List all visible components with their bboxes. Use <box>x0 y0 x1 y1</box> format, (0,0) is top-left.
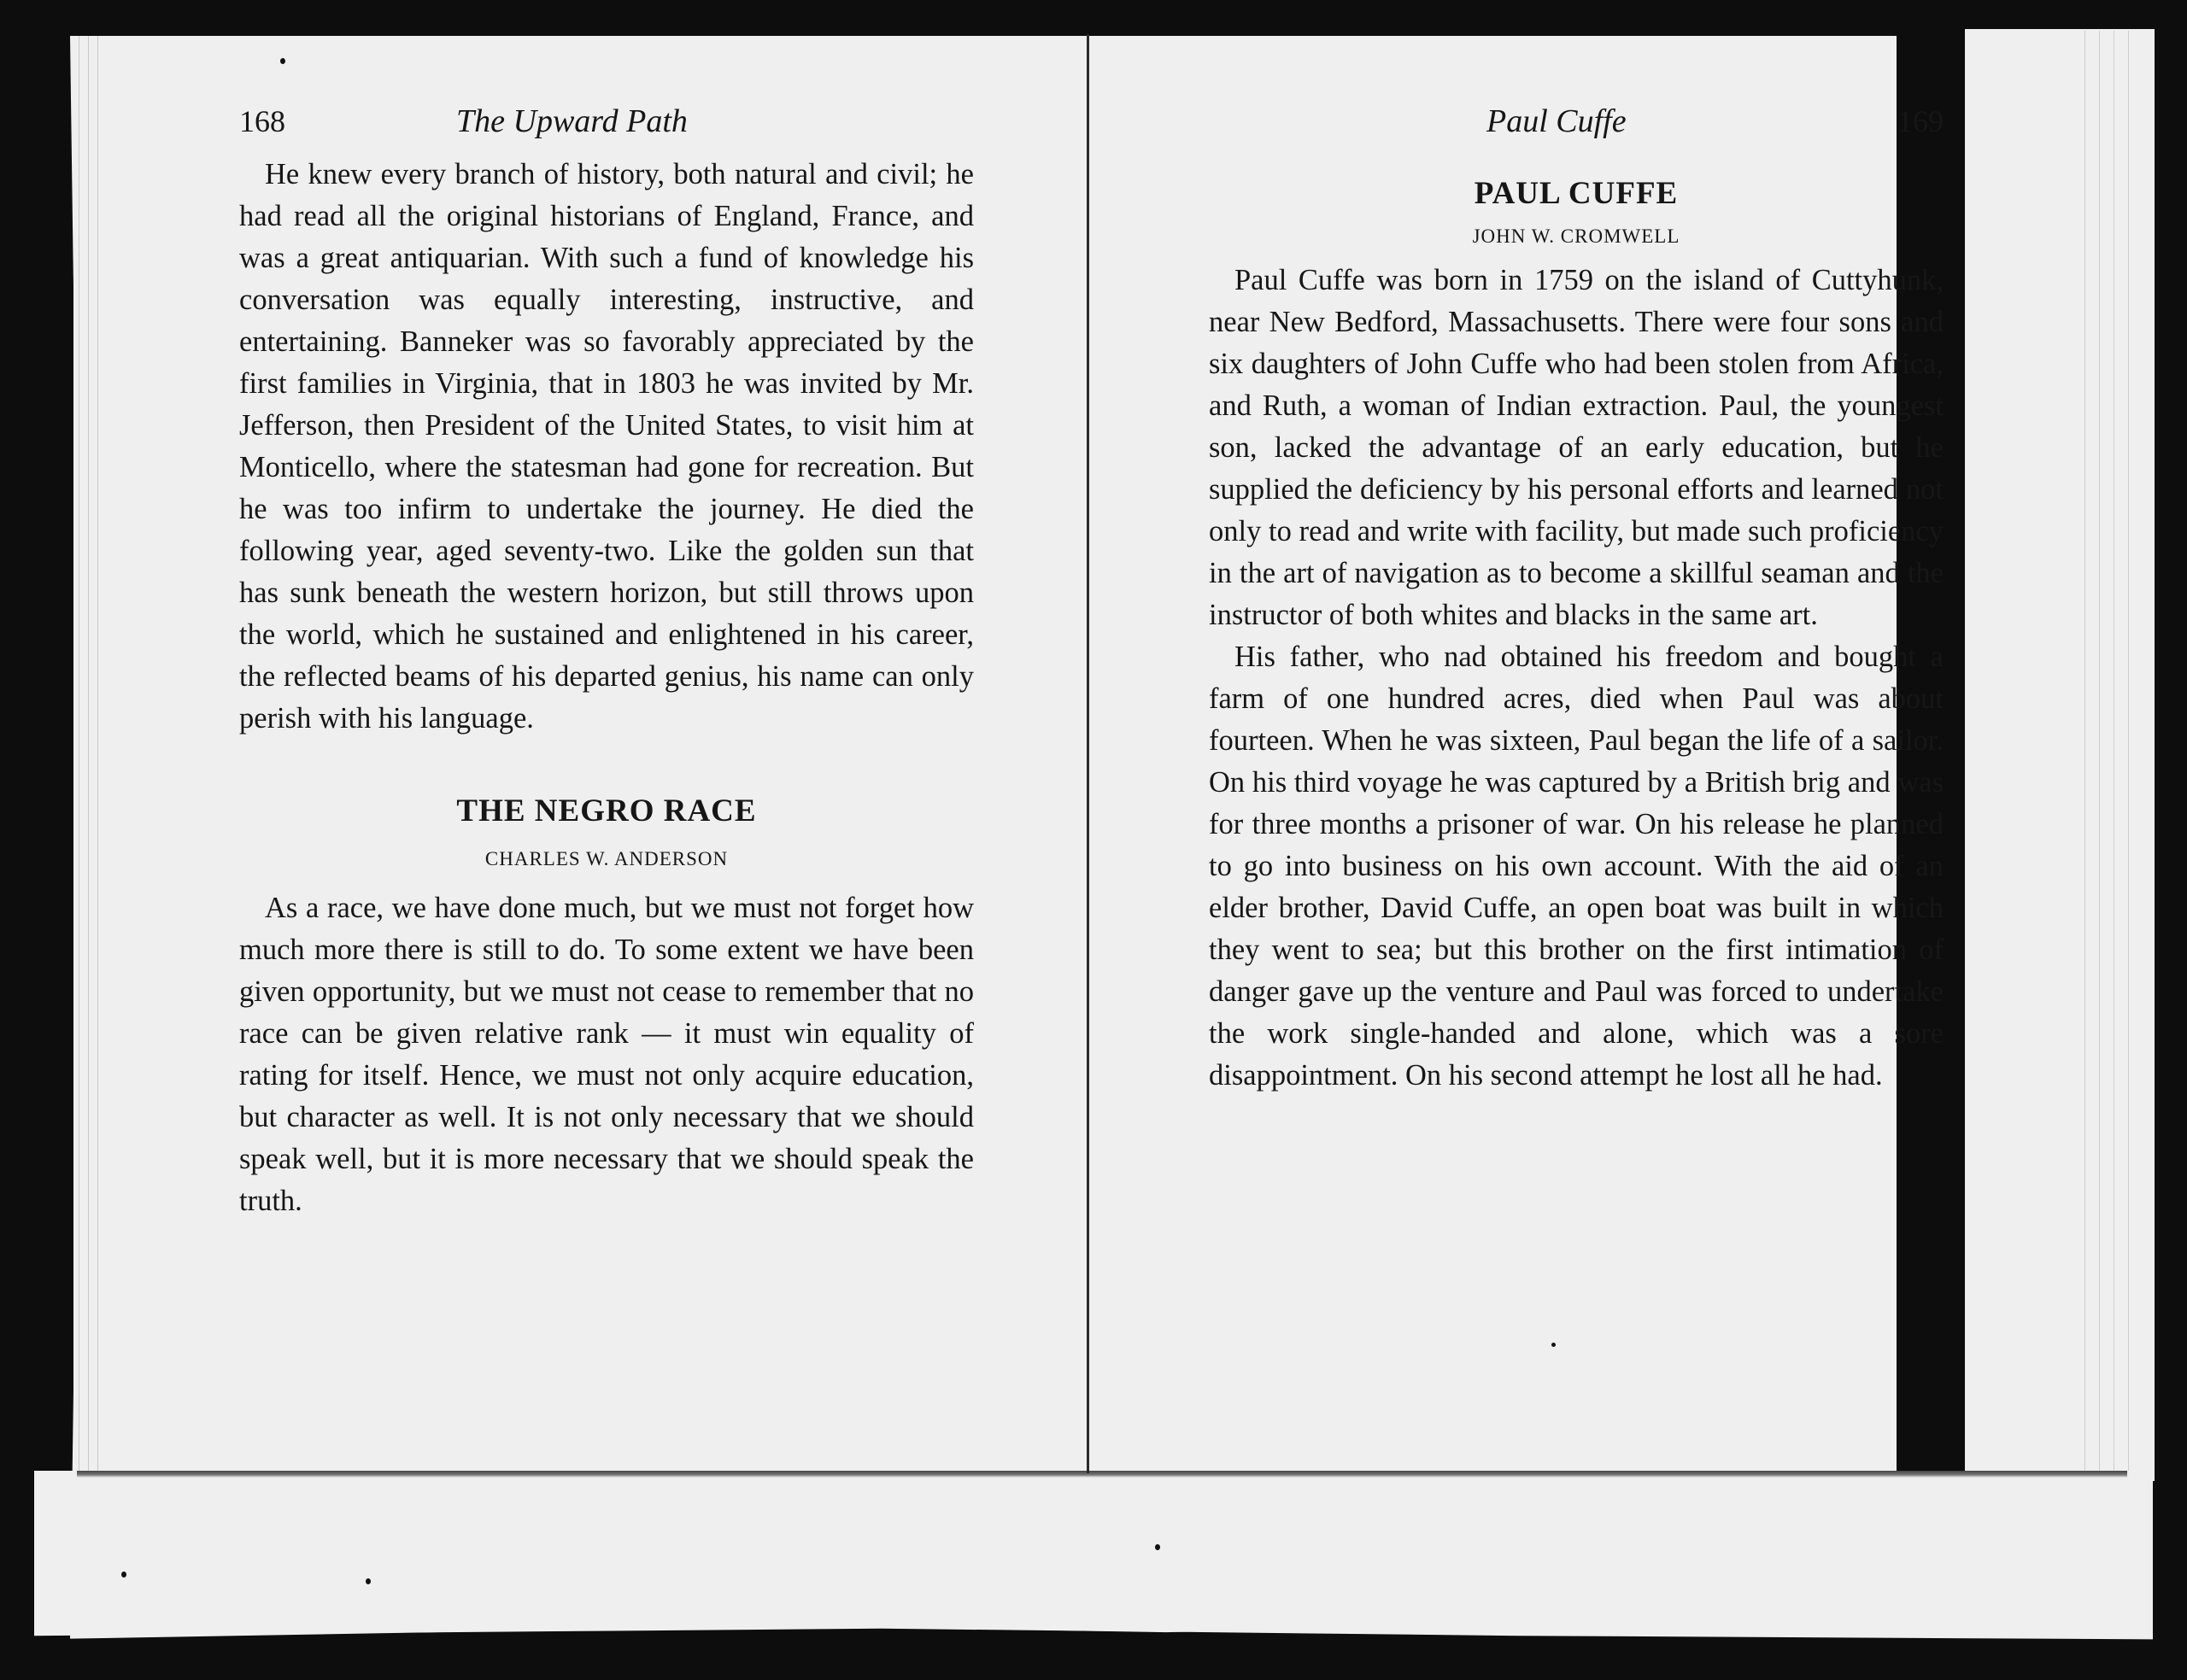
page-number: 169 <box>1897 103 1944 139</box>
scan-speck <box>1155 1544 1160 1550</box>
article-title: THE NEGRO RACE <box>239 793 974 829</box>
continued-paragraph: He knew every branch of history, both na… <box>239 154 974 740</box>
article-paragraph: Paul Cuffe was born in 1759 on the islan… <box>1209 260 1944 636</box>
article-author: JOHN W. CROMWELL <box>1209 225 1944 248</box>
left-body: He knew every branch of history, both na… <box>239 154 974 1222</box>
right-page-edges <box>2076 31 2136 1483</box>
left-page: 168 The Upward Path He knew every branch… <box>239 102 974 1222</box>
right-body: PAUL CUFFE JOHN W. CROMWELL Paul Cuffe w… <box>1209 175 1944 1097</box>
article-paragraph: His father, who nad obtained his freedom… <box>1209 636 1944 1097</box>
article-title: PAUL CUFFE <box>1209 175 1944 212</box>
scan-speck <box>121 1572 126 1578</box>
article-author: CHARLES W. ANDERSON <box>239 848 974 870</box>
scan-speck <box>366 1578 371 1584</box>
scan-paper-bottom <box>34 1471 2153 1650</box>
right-page: Paul Cuffe 169 PAUL CUFFE JOHN W. CROMWE… <box>1209 102 1944 1097</box>
article-paragraph: As a race, we have done much, but we mus… <box>239 887 974 1222</box>
book-title-header: The Upward Path <box>456 102 688 140</box>
scan-speck <box>280 58 285 64</box>
chapter-title-header: Paul Cuffe <box>1486 102 1627 140</box>
right-running-head: Paul Cuffe 169 <box>1209 102 1944 154</box>
left-page-edges <box>73 36 103 1479</box>
book-bottom-edge <box>77 1471 2127 1478</box>
page-number: 168 <box>239 103 285 139</box>
book-gutter <box>1087 34 1089 1473</box>
scan-speck <box>1551 1343 1556 1347</box>
left-running-head: 168 The Upward Path <box>239 102 974 154</box>
